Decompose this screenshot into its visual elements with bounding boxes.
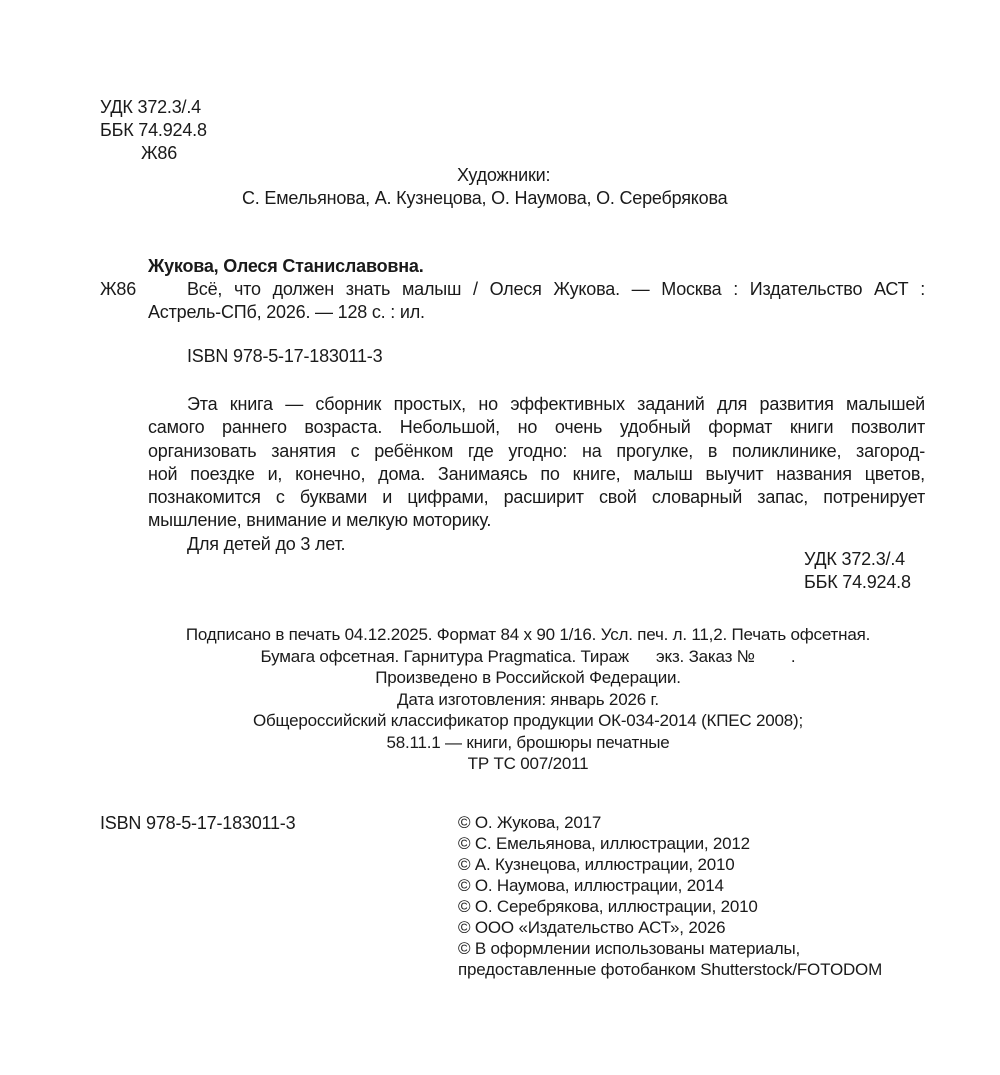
copyright-line: © ООО «Издательство АСТ», 2026 bbox=[458, 917, 882, 938]
copyright-line: © С. Емельянова, иллюстрации, 2012 bbox=[458, 833, 882, 854]
annotation: Эта книга — сборник простых, но эффектив… bbox=[148, 393, 925, 533]
bib-isbn: ISBN 978-5-17-183011-3 bbox=[187, 345, 382, 368]
annotation-line: познакомится с буквами и цифрами, расшир… bbox=[148, 486, 925, 509]
udk-code: УДК 372.3/.4 bbox=[100, 96, 201, 119]
artists-names: С. Емельянова, А. Кузнецова, О. Наумова,… bbox=[242, 187, 727, 210]
bib-author-mark: Ж86 bbox=[100, 278, 136, 301]
copyright-line: © О. Серебрякова, иллюстрации, 2010 bbox=[458, 896, 882, 917]
imprint-line: 58.11.1 — книги, брошюры печатные bbox=[100, 732, 956, 754]
annotation-bbk: ББК 74.924.8 bbox=[804, 571, 911, 594]
imprint-line: ТР ТС 007/2011 bbox=[100, 753, 956, 775]
imprint-block: Подписано в печать 04.12.2025. Формат 84… bbox=[100, 624, 956, 775]
annotation-line: мышление, внимание и мелкую моторику. bbox=[148, 509, 925, 532]
annotation-line: самого раннего возраста. Небольшой, но о… bbox=[148, 416, 925, 439]
copyright-line: © О. Наумова, иллюстрации, 2014 bbox=[458, 875, 882, 896]
annotation-udk: УДК 372.3/.4 bbox=[804, 548, 905, 571]
annotation-line: Эта книга — сборник простых, но эффектив… bbox=[148, 393, 925, 416]
copyright-line: © А. Кузнецова, иллюстрации, 2010 bbox=[458, 854, 882, 875]
author-mark: Ж86 bbox=[141, 142, 177, 165]
copyright-line: © В оформлении использованы материалы, bbox=[458, 938, 882, 959]
copyright-block: © О. Жукова, 2017 © С. Емельянова, иллюс… bbox=[458, 812, 882, 980]
annotation-line: организовать занятия с ребёнком где угод… bbox=[148, 440, 925, 463]
imprint-line: Произведено в Российской Федерации. bbox=[100, 667, 956, 689]
imprint-line: Подписано в печать 04.12.2025. Формат 84… bbox=[100, 624, 956, 646]
footer-isbn: ISBN 978-5-17-183011-3 bbox=[100, 812, 295, 835]
artists-label: Художники: bbox=[457, 164, 550, 187]
imprint-line: Дата изготовления: январь 2026 г. bbox=[100, 689, 956, 711]
age-rating: Для детей до 3 лет. bbox=[187, 533, 345, 556]
imprint-line: Общероссийский классификатор продукции О… bbox=[100, 710, 956, 732]
bib-title-line: Всё, что должен знать малыш / Олеся Жуко… bbox=[187, 278, 925, 301]
author-heading: Жукова, Олеся Станиславовна. bbox=[148, 255, 424, 278]
copyright-line: © О. Жукова, 2017 bbox=[458, 812, 882, 833]
bib-publisher-line: Астрель-СПб, 2026. — 128 с. : ил. bbox=[148, 301, 425, 324]
annotation-line: ной поездке и, конечно, дома. Занимаясь … bbox=[148, 463, 925, 486]
bbk-code: ББК 74.924.8 bbox=[100, 119, 207, 142]
imprint-line: Бумага офсетная. Гарнитура Pragmatica. Т… bbox=[100, 646, 956, 668]
copyright-line: предоставленные фотобанком Shutterstock/… bbox=[458, 959, 882, 980]
